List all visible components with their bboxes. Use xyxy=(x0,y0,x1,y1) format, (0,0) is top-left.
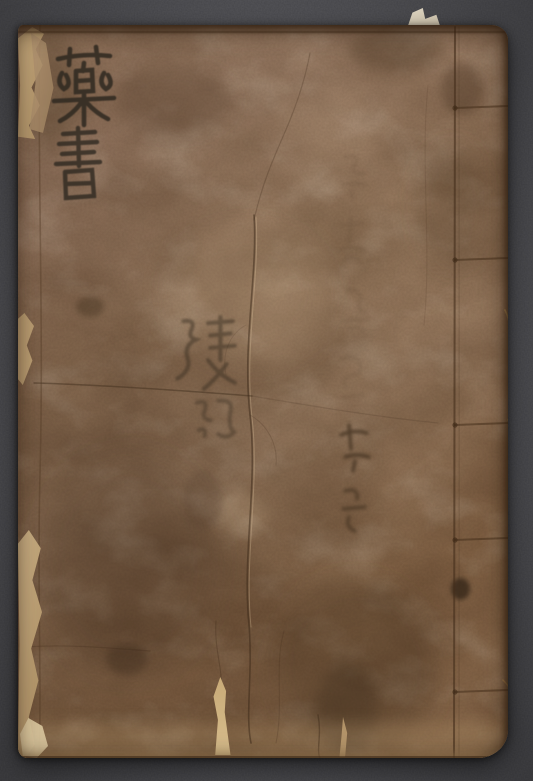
binding-thread-vertical xyxy=(454,27,459,758)
book-cover: 張記 藥書 xyxy=(18,25,508,758)
top-fold-line xyxy=(18,31,508,33)
right-edge-shadow xyxy=(499,25,508,758)
photo-stage: 張記 藥書 xyxy=(0,0,533,781)
creases-and-binding xyxy=(18,25,508,758)
bottom-edge-line xyxy=(18,756,508,758)
